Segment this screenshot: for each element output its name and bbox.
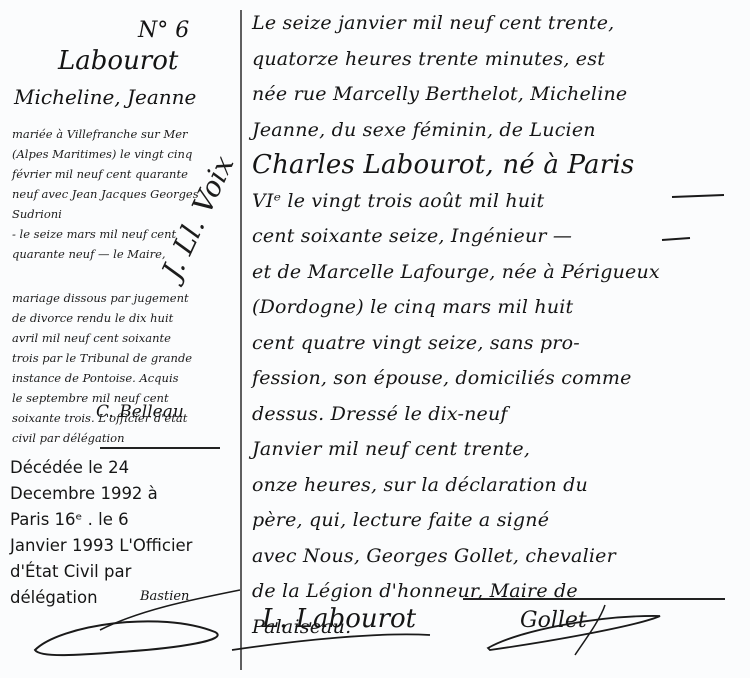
entry-line: Charles Labourot, né à Paris <box>252 148 660 184</box>
marriage-date-annotation: - le seize mars mil neuf cent quarante n… <box>12 224 176 264</box>
entry-line: onze heures, sur la déclaration du <box>252 468 660 504</box>
annotation-line: Sudrioni <box>12 204 199 224</box>
marriage-annotation: mariée à Villefranche sur Mer (Alpes Mar… <box>12 124 199 224</box>
annotation-line: février mil neuf cent quarante <box>12 164 199 184</box>
entry-line: cent soixante seize, Ingénieur — <box>252 219 660 255</box>
divorce-annotation: mariage dissous par jugement de divorce … <box>12 288 192 448</box>
annotation-line: Décédée le 24 <box>10 455 192 481</box>
entry-line: cent quatre vingt seize, sans pro- <box>252 326 660 362</box>
entry-line: avec Nous, Georges Gollet, chevalier <box>252 539 660 575</box>
entry-line: et de Marcelle Lafourge, née à Périgueux <box>252 255 660 291</box>
margin-divider-line <box>240 10 242 670</box>
document-page: N° 6 Labourot Micheline, Jeanne mariée à… <box>0 0 750 678</box>
act-number: N° 6 <box>138 18 189 43</box>
annotation-line: instance de Pontoise. Acquis <box>12 368 192 388</box>
annotation-line: Janvier 1993 L'Officier <box>10 533 192 559</box>
declarant-signature: L. Labourot <box>262 604 416 634</box>
entry-line: dessus. Dressé le dix-neuf <box>252 397 660 433</box>
entry-line: Jeanne, du sexe féminin, de Lucien <box>252 113 660 149</box>
annotation-line: trois par le Tribunal de grande <box>12 348 192 368</box>
entry-line: fession, son épouse, domiciliés comme <box>252 361 660 397</box>
death-officer-signature: Bastien <box>140 589 189 604</box>
closing-rule <box>463 598 725 600</box>
entry-line: Le seize janvier mil neuf cent trente, <box>252 6 660 42</box>
annotation-line: d'État Civil par <box>10 559 192 585</box>
given-names-heading: Micheline, Jeanne <box>14 85 196 109</box>
annotation-line: quarante neuf — le Maire, <box>12 244 176 264</box>
annotation-line: avril mil neuf cent soixante <box>12 328 192 348</box>
annotation-line: (Alpes Maritimes) le vingt cinq <box>12 144 199 164</box>
officer-margin-signature: C. Belleau <box>96 402 184 422</box>
entry-line: quatorze heures trente minutes, est <box>252 42 660 78</box>
annotation-line: neuf avec Jean Jacques Georges <box>12 184 199 204</box>
annotation-line: Paris 16ᵉ . le 6 <box>10 507 192 533</box>
signature-underline <box>100 447 220 449</box>
annotation-line: mariage dissous par jugement <box>12 288 192 308</box>
annotation-line: civil par délégation <box>12 428 192 448</box>
entry-line: Janvier mil neuf cent trente, <box>252 432 660 468</box>
annotation-line: - le seize mars mil neuf cent <box>12 224 176 244</box>
death-annotation: Décédée le 24 Decembre 1992 à Paris 16ᵉ … <box>10 455 192 611</box>
annotation-line: de divorce rendu le dix huit <box>12 308 192 328</box>
mayor-signature: Gollet <box>520 608 587 633</box>
entry-line: père, qui, lecture faite a signé <box>252 503 660 539</box>
annotation-line: Decembre 1992 à <box>10 481 192 507</box>
surname-heading: Labourot <box>58 46 178 76</box>
entry-line: VIᵉ le vingt trois août mil huit <box>252 184 660 220</box>
entry-line: née rue Marcelly Berthelot, Micheline <box>252 77 660 113</box>
register-entry-body: Le seize janvier mil neuf cent trente,qu… <box>252 6 660 645</box>
annotation-line: mariée à Villefranche sur Mer <box>12 124 199 144</box>
entry-line: (Dordogne) le cinq mars mil huit <box>252 290 660 326</box>
